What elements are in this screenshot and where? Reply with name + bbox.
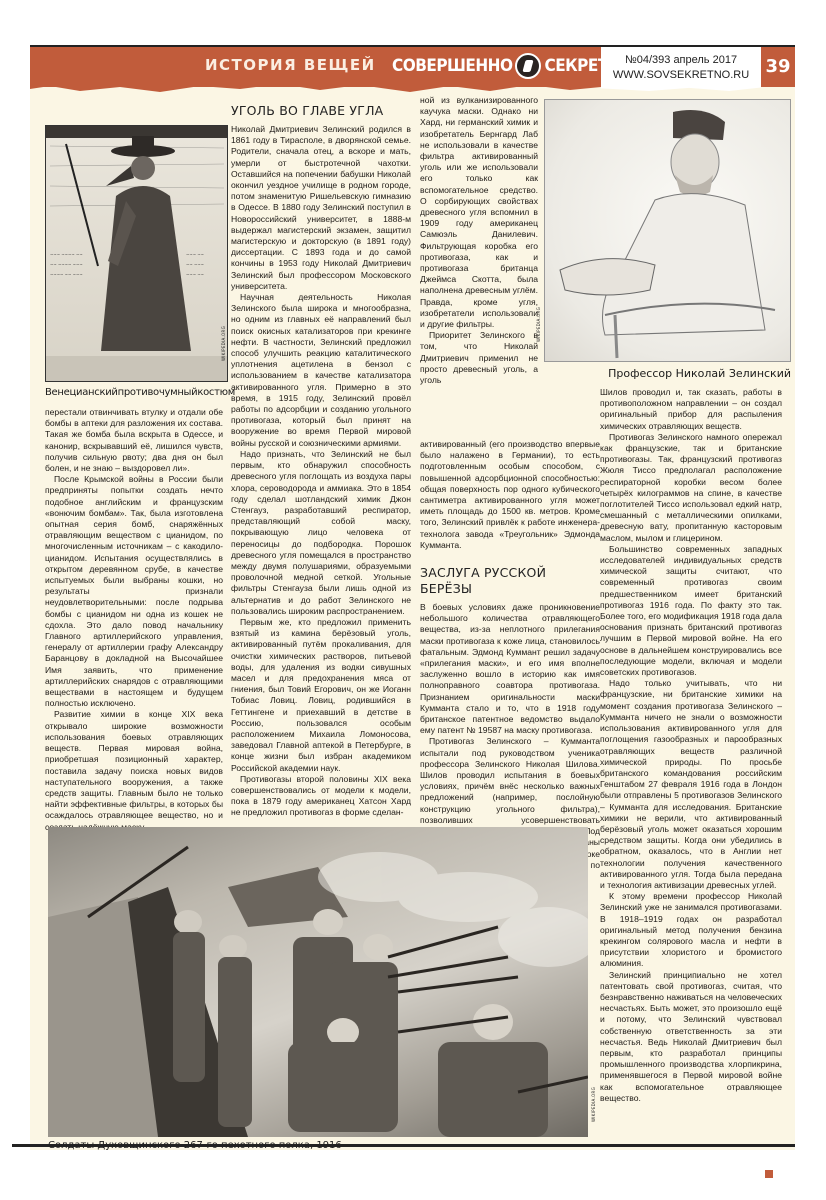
paragraph: Большинство современных западных исследо… [600, 544, 782, 678]
article-column-1: перестали отвинчивать втулку и отдали об… [45, 407, 223, 833]
trench-photo-illustration [48, 827, 588, 1137]
article-column-3-bottom: активированный (его производство впервые… [420, 439, 600, 882]
zelinsky-sketch [545, 100, 791, 362]
svg-text:~~~~ ~~ ~~~: ~~~~ ~~ ~~~ [50, 272, 83, 277]
svg-text:~~ ~~~~ ~~~: ~~ ~~~~ ~~~ [50, 262, 83, 267]
paragraph: Научная деятельность Николая Зелинского … [231, 292, 411, 449]
plague-doctor-illustration: ~~~ ~~~~ ~~~~ ~~~~ ~~~ ~~~~ ~~ ~~~~~~ ~~… [46, 126, 228, 382]
paragraph: К этому времени профессор Николай Зелинс… [600, 891, 782, 969]
logo-text-left: СОВЕРШЕННО [392, 56, 512, 76]
section-heading: ЗАСЛУГА РУССКОЙ БЕРЁЗЫ [420, 565, 600, 597]
paragraph: Противогазы второй половины XIX века сов… [231, 774, 411, 819]
paragraph: В боевых условиях даже проникновение неб… [420, 602, 600, 736]
trench-soldiers-photo [48, 827, 588, 1137]
plague-doctor-engraving: ~~~ ~~~~ ~~~~ ~~~~ ~~~ ~~~~ ~~ ~~~~~~ ~~… [45, 125, 228, 382]
paragraph: Шилов проводил и, так сказать, работы в … [600, 387, 782, 432]
paragraph: Надо только учитывать, что ни французски… [600, 678, 782, 891]
article-column-2: УГОЛЬ ВО ГЛАВЕ УГЛА Николай Дмитриевич З… [231, 99, 411, 819]
svg-text:~~ ~~~: ~~ ~~~ [186, 262, 204, 267]
paragraph: Приоритет Зелинского в том, что Николай … [420, 330, 538, 386]
zelinsky-caption: Профессор Николай Зелинский [600, 367, 791, 380]
paragraph: Николай Дмитриевич Зелинский родился в 1… [231, 124, 411, 292]
magazine-page: ИСТОРИЯ ВЕЩЕЙ СОВЕРШЕННО СЕКРЕТНО №04/39… [30, 45, 795, 1150]
magazine-logo: СОВЕРШЕННО СЕКРЕТНО [392, 52, 633, 80]
svg-text:~~~ ~~: ~~~ ~~ [186, 252, 204, 257]
article-column-4: Шилов проводил и, так сказать, работы в … [600, 387, 782, 1104]
section-heading: УГОЛЬ ВО ГЛАВЕ УГЛА [231, 103, 411, 119]
zelinsky-portrait [544, 99, 791, 362]
paragraph: Развитие химии в конце XIX века открывал… [45, 709, 223, 832]
torn-edge-decoration [30, 81, 795, 97]
photo-credit: WIKIPEDIA.ORG [591, 1087, 596, 1122]
paragraph: Надо признать, что Зелинский не был перв… [231, 449, 411, 617]
paragraph: ной из вулканизированного каучука маски.… [420, 95, 538, 330]
bottom-rule [12, 1144, 795, 1147]
photo-credit: WIKIPEDIA.ORG [221, 326, 226, 361]
issue-number: №04/393 апрель 2017 [601, 53, 761, 68]
section-title: ИСТОРИЯ ВЕЩЕЙ [205, 56, 385, 74]
logo-emblem-icon [515, 53, 541, 79]
article-end-marker-icon [765, 1170, 773, 1178]
paragraph: Первым же, кто предложил применить взяты… [231, 617, 411, 774]
paragraph: Противогаз Зелинского намного опережал к… [600, 432, 782, 544]
svg-text:~~~ ~~: ~~~ ~~ [186, 272, 204, 277]
paragraph: перестали отвинчивать втулку и отдали об… [45, 407, 223, 474]
svg-text:~~~ ~~~~ ~~: ~~~ ~~~~ ~~ [50, 252, 83, 257]
article-column-3-top: ной из вулканизированного каучука маски.… [420, 95, 538, 386]
paragraph: активированный (его производство впервые… [420, 439, 600, 551]
paragraph: Зелинский принципиально не хотел патенто… [600, 970, 782, 1104]
paragraph: После Крымской войны в России были предп… [45, 474, 223, 709]
plague-caption: Венецианскийпротивочумныйкостюм [45, 387, 245, 398]
